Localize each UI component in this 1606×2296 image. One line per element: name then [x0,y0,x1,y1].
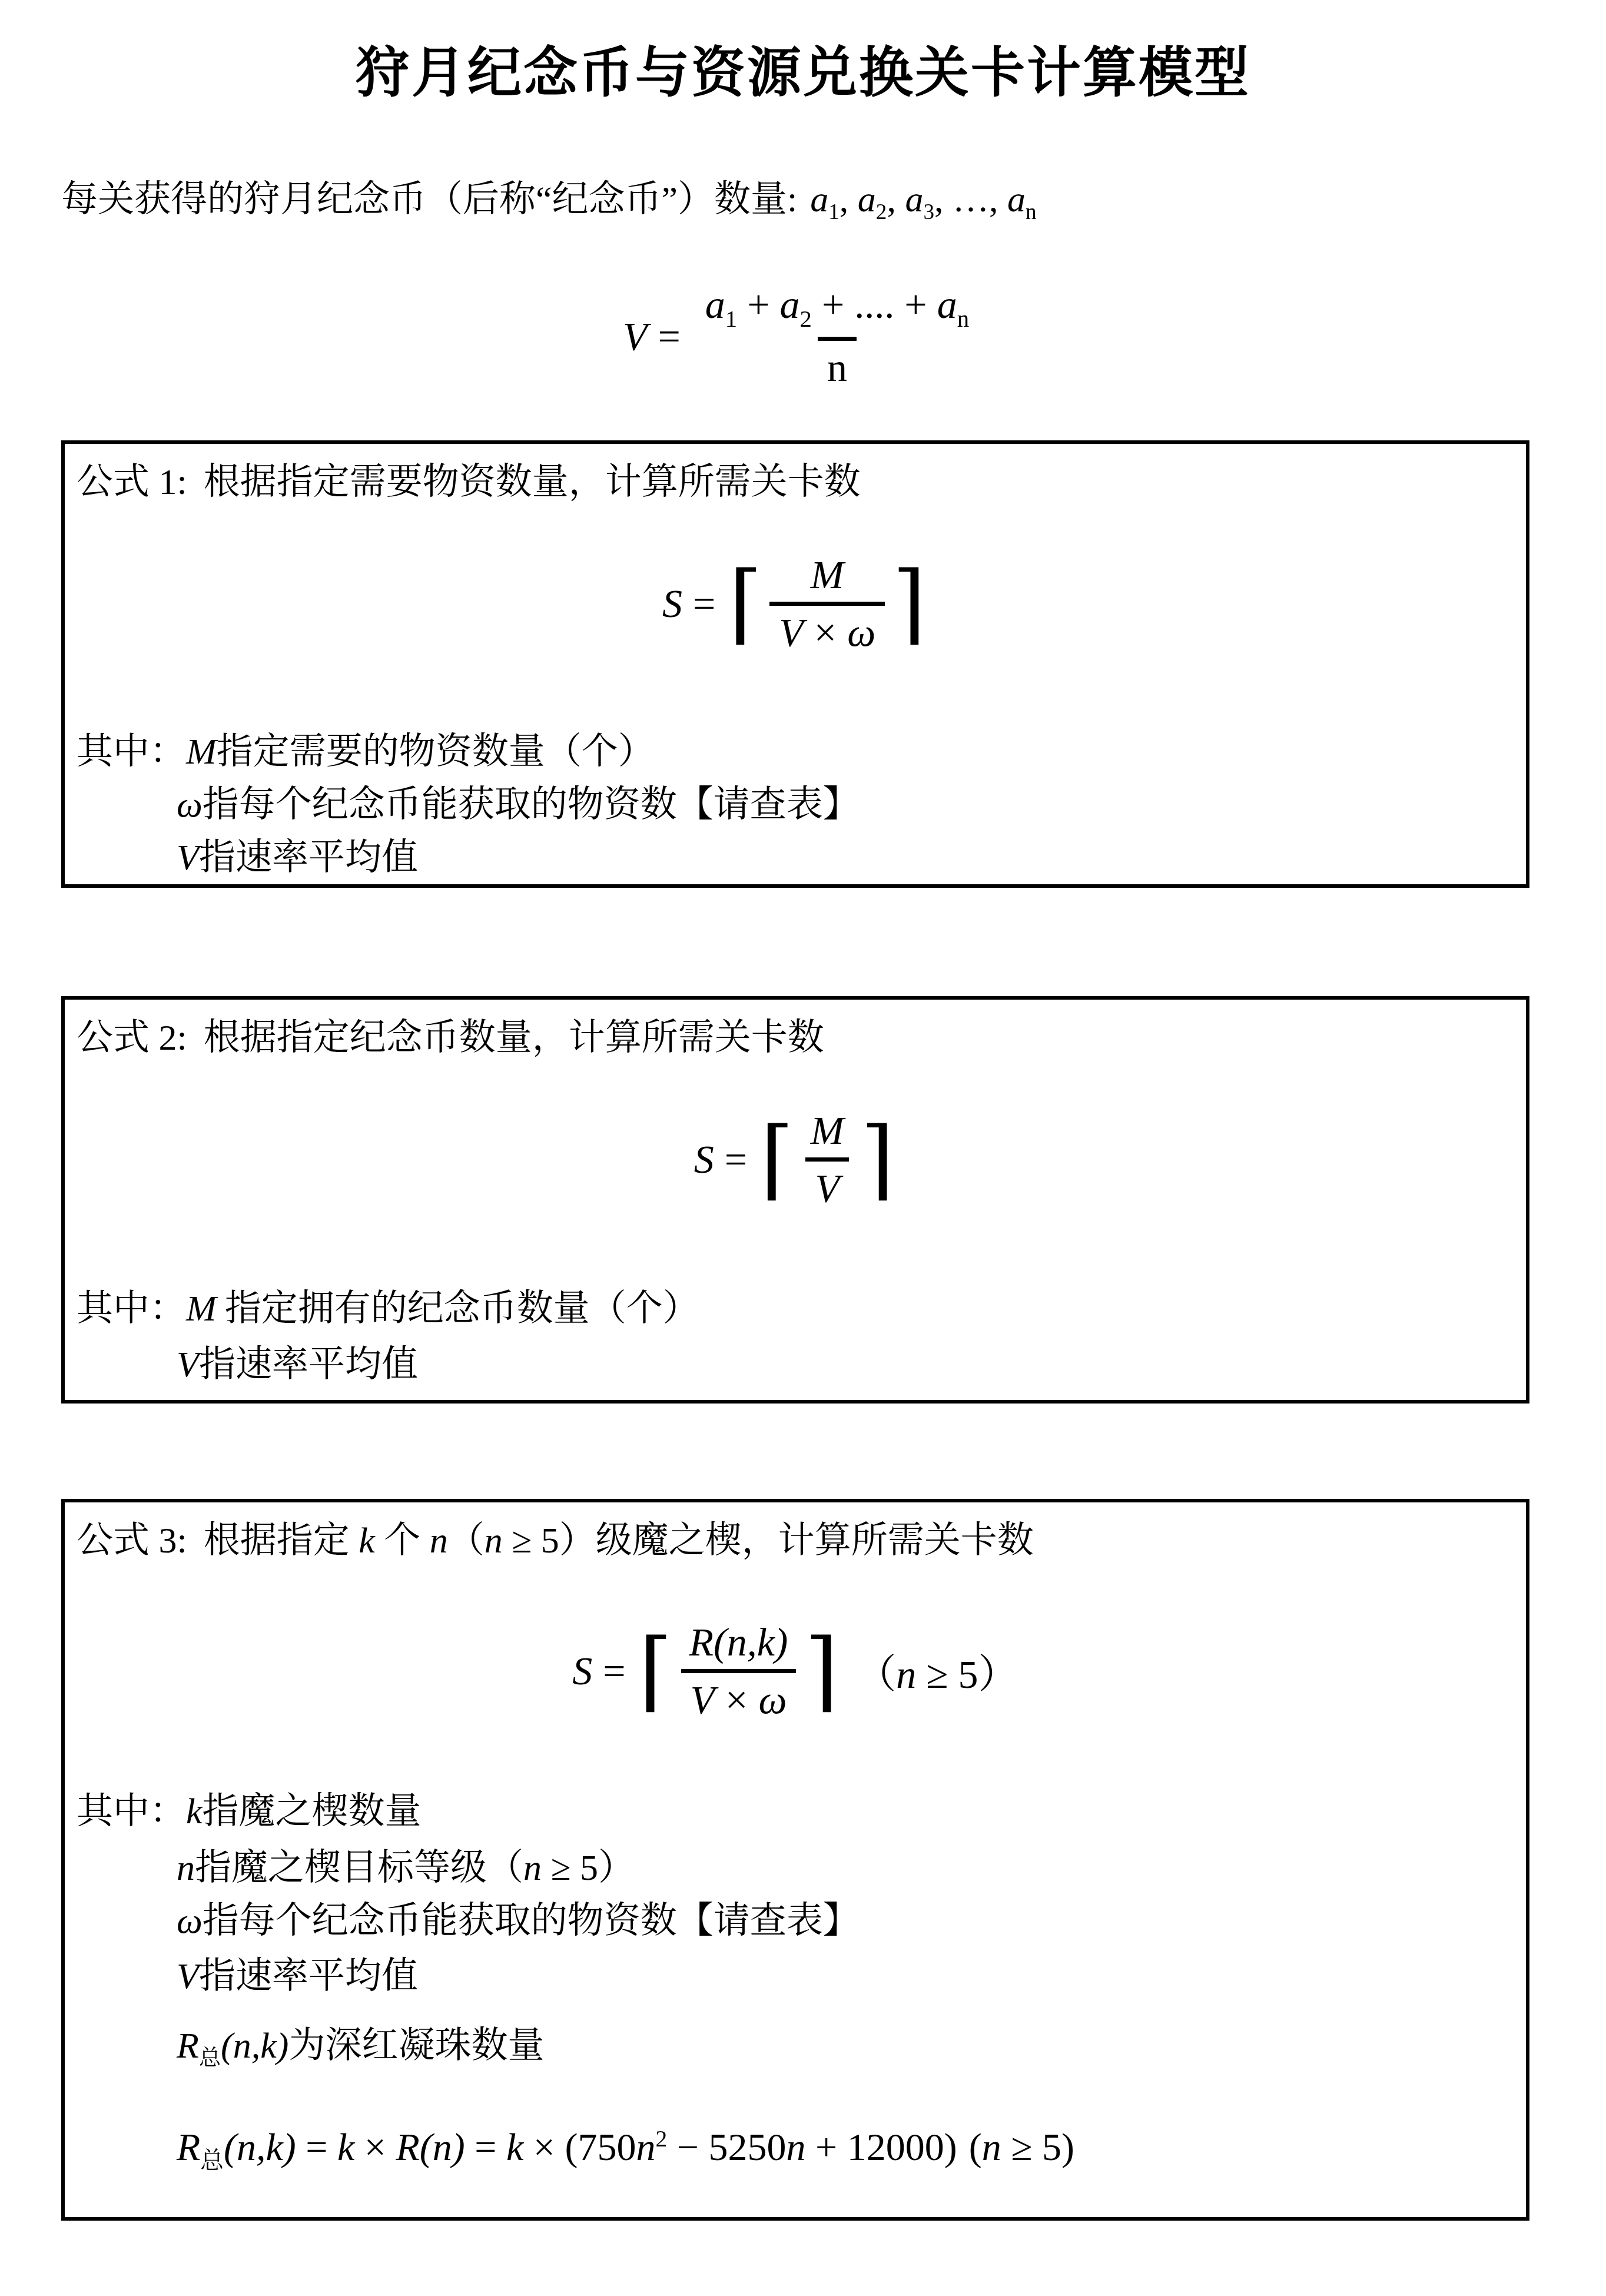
where-clause-v: V指速率平均值 [177,1342,418,1388]
intro-paragraph: 每关获得的狩月纪念币（后称“纪念币”）数量:a1, a2, a3, …, an [61,170,1037,225]
open-paren: ( [221,2026,233,2066]
var-n: n [982,2126,1001,2169]
close-paren: ) [944,2126,957,2169]
fraction-denominator: V [805,1157,849,1210]
intro-text: 每关获得的狩月纪念币（后称“纪念币”）数量: [61,180,797,220]
var-M: M [186,1289,217,1329]
var-a: a [905,180,923,220]
var-n: n [727,1620,747,1664]
close-paren: ） [598,1848,635,1888]
var-S: S [662,580,682,627]
subscript-n: n [957,306,969,332]
var-omega: ω [847,610,875,655]
var-M: M [186,732,217,772]
var-a: a [810,180,828,220]
equals-sign: = [465,2126,506,2169]
var-n: n [233,2026,251,2066]
document-page: 狩月纪念币与资源兑换关卡计算模型 每关获得的狩月纪念币（后称“纪念币”）数量:a… [0,0,1606,2296]
formula-box-3: 公式 3:根据指定 k 个 n（n ≥ 5）级魔之楔，计算所需关卡数 S = ⌈… [61,1499,1529,2221]
condition-geq-5: ≥ 5 [503,1521,559,1561]
m-definition: 指定需要的物资数量（个） [217,732,655,772]
comma: , [251,2026,261,2066]
var-S: S [694,1136,714,1183]
fraction-numerator: a1 + a2 + .... + an [696,283,978,337]
open-paren: （ [448,1521,485,1561]
formula-3-number: 公式 3: [77,1521,187,1561]
var-omega: ω [758,1677,787,1722]
where-label: 其中： [77,1791,186,1832]
times-sign: × [725,1677,748,1722]
open-paren: ( [420,2126,433,2169]
subscript-2: 2 [800,306,812,332]
var-n: n [177,1848,195,1888]
var-a: a [705,282,725,327]
equals-sign: = [725,1136,747,1183]
formula-2-number: 公式 2: [77,1018,187,1058]
omega-definition: 指每个纪念币能获取的物资数【请查表】 [203,785,860,825]
formula-1-description: 根据指定需要物资数量，计算所需关卡数 [204,462,861,502]
var-k: k [506,2126,523,2169]
left-ceiling-bracket: ⌈ [728,560,762,647]
equals-sign: = [603,1648,625,1694]
open-paren: （ [487,1848,523,1888]
formula-box-1: 公式 1:根据指定需要物资数量，计算所需关卡数 S = ⌈ M V×ω ⌉ 其中… [61,440,1529,888]
var-n: n [636,2126,656,2169]
superscript-2: 2 [656,2126,668,2152]
m-definition: 指定拥有的纪念币数量（个） [225,1289,699,1329]
right-ceiling-bracket: ⌉ [805,1627,839,1714]
subscript-total: 总 [199,2046,221,2071]
var-k: k [186,1791,203,1832]
var-V: V [691,1677,715,1722]
condition-geq-5: ≥ 5 [542,1848,598,1888]
condition-clause: （n ≥ 5） [856,1643,1018,1700]
var-R: R [396,2126,419,2169]
close-paren: ） [559,1521,596,1561]
omega-definition: 指每个纪念币能获取的物资数【请查表】 [203,1901,860,1941]
var-k: k [337,2126,354,2169]
where-label: 其中： [77,732,186,772]
close-paren: ) [277,2026,289,2066]
r-total-definition-line: R总(n,k)为深红凝珠数量 [177,2023,544,2073]
fraction-denominator: n [818,337,857,390]
n-definition: 指魔之楔目标等级 [195,1848,487,1888]
var-a: a [937,282,957,327]
r-total-formula: R总(n,k) = k × R(n) = k × (750n2 − 5250n … [177,2125,1074,2175]
close-paren: ) [283,2126,296,2169]
left-ceiling-bracket: ⌈ [639,1627,673,1714]
fraction-numerator: M [801,553,854,602]
times-sign: × [814,610,837,655]
comma: , [747,1620,757,1664]
condition-geq-5: ≥ 5 [1001,2126,1061,2169]
var-n: n [827,345,847,390]
condition-geq-5: ≥ 5 [916,1652,978,1697]
formula-2-header: 公式 2:根据指定纪念币数量，计算所需关卡数 [77,1008,824,1060]
formula-1-header: 公式 1:根据指定需要物资数量，计算所需关卡数 [77,452,861,505]
var-omega: ω [177,1901,203,1941]
close-paren: ) [452,2126,465,2169]
close-paren: ) [775,1620,788,1664]
subscript-2: 2 [876,200,887,224]
subscript-n: n [1026,200,1037,224]
var-n: n [523,1848,542,1888]
var-a: a [780,282,800,327]
open-paren: ( [224,2126,237,2169]
comma: , [256,2126,266,2169]
open-paren: ( [565,2126,578,2169]
where-clause-v: V指速率平均值 [177,835,418,881]
where-clause-m: 其中：M指定拥有的纪念币数量（个） [77,1286,699,1332]
formula-1-number: 公式 1: [77,462,187,502]
formula-3-header: 公式 3:根据指定 k 个 n（n ≥ 5）级魔之楔，计算所需关卡数 [77,1511,1034,1563]
formula-3-description-prefix: 根据指定 [204,1521,359,1561]
open-paren: ( [969,2126,982,2169]
subscript-1: 1 [725,306,737,332]
formula-1-equation: S = ⌈ M V×ω ⌉ [65,553,1526,655]
page-title: 狩月纪念币与资源兑换关卡计算模型 [0,29,1606,107]
var-S: S [572,1648,592,1694]
where-clause-v: V指速率平均值 [177,1954,418,2000]
var-n: n [896,1652,916,1697]
where-clause-omega: ω指每个纪念币能获取的物资数【请查表】 [177,782,860,828]
var-V: V [177,1956,199,1996]
var-V: V [623,313,648,360]
v-definition: 指速率平均值 [199,1956,418,1996]
k-definition: 指魔之楔数量 [203,1791,422,1832]
formula-box-2: 公式 2:根据指定纪念币数量，计算所需关卡数 S = ⌈ M V ⌉ 其中：M指… [61,996,1529,1404]
plus-sign: + [806,2126,847,2169]
r-definition: 为深红凝珠数量 [288,2026,544,2066]
var-n: n [237,2126,256,2169]
var-V: V [815,1166,839,1210]
v-definition: 指速率平均值 [199,838,418,878]
subscript-1: 1 [828,200,839,224]
open-paren: （ [856,1652,896,1697]
var-n: n [433,2126,452,2169]
var-k: k [266,2126,283,2169]
right-ceiling-bracket: ⌉ [861,1116,895,1203]
right-ceiling-bracket: ⌉ [892,560,926,647]
var-M: M [811,1108,844,1153]
fraction-numerator: M [801,1109,854,1157]
var-M: M [811,552,844,597]
var-a: a [858,180,876,220]
where-label: 其中： [77,1289,186,1329]
var-a: a [1007,180,1026,220]
var-k: k [359,1521,375,1561]
fraction-denominator: V×ω [681,1669,797,1722]
times-sign: × [354,2126,396,2169]
separator: , [887,180,905,220]
coin-sequence: a1, a2, a3, …, an [810,180,1036,220]
var-R-total: R [177,2126,200,2169]
constant-12000: 12000 [847,2126,944,2169]
where-clause-k: 其中：k指魔之楔数量 [77,1789,422,1835]
fraction: M V [801,1109,854,1210]
formula-3-description-suffix: 级魔之楔，计算所需关卡数 [596,1521,1034,1561]
open-paren: ( [714,1620,727,1664]
formula-2-description: 根据指定纪念币数量，计算所需关卡数 [204,1018,824,1058]
subscript-3: 3 [923,200,934,224]
var-R-total: R [177,2026,199,2066]
var-n: n [787,2126,806,2169]
subscript-total: 总 [200,2148,224,2174]
average-rate-formula: V = a1 + a2 + .... + an n [0,283,1606,390]
coefficient-750: 750 [578,2126,636,2169]
var-V: V [177,1345,199,1385]
var-R: R [689,1620,714,1664]
fraction-numerator: R(n,k) [679,1620,797,1669]
var-k: k [757,1620,775,1664]
left-ceiling-bracket: ⌈ [760,1116,794,1203]
close-paren: ） [978,1652,1018,1697]
equals-sign: = [658,313,680,360]
separator: , [839,180,858,220]
var-k: k [260,2026,277,2066]
var-V: V [779,610,804,655]
equals-sign: = [693,580,715,627]
unit-text: 个 [375,1521,430,1561]
var-n: n [485,1521,503,1561]
formula-3-equation: S = ⌈ R(n,k) V×ω ⌉ （n ≥ 5） [65,1620,1526,1722]
close-paren: ) [1061,2126,1074,2169]
minus-sign: − [667,2126,708,2169]
ellipsis-separator: , …, [934,180,1007,220]
var-omega: ω [177,785,203,825]
plus-sign: + [737,282,779,327]
fraction: M V×ω [769,553,885,655]
fraction-denominator: V×ω [769,602,885,655]
where-clause-n: n指魔之楔目标等级（n ≥ 5） [177,1846,635,1892]
plus-dots: + .... + [812,282,937,327]
where-clause-m: 其中：M指定需要的物资数量（个） [77,729,655,775]
where-clause-omega: ω指每个纪念币能获取的物资数【请查表】 [177,1899,860,1945]
var-n: n [430,1521,448,1561]
formula-2-equation: S = ⌈ M V ⌉ [65,1109,1526,1210]
equals-sign: = [296,2126,337,2169]
fraction: R(n,k) V×ω [679,1620,797,1722]
fraction: a1 + a2 + .... + an n [696,283,978,390]
times-sign: × [523,2126,565,2169]
coefficient-5250: 5250 [709,2126,787,2169]
var-V: V [177,838,199,878]
v-definition: 指速率平均值 [199,1345,418,1385]
